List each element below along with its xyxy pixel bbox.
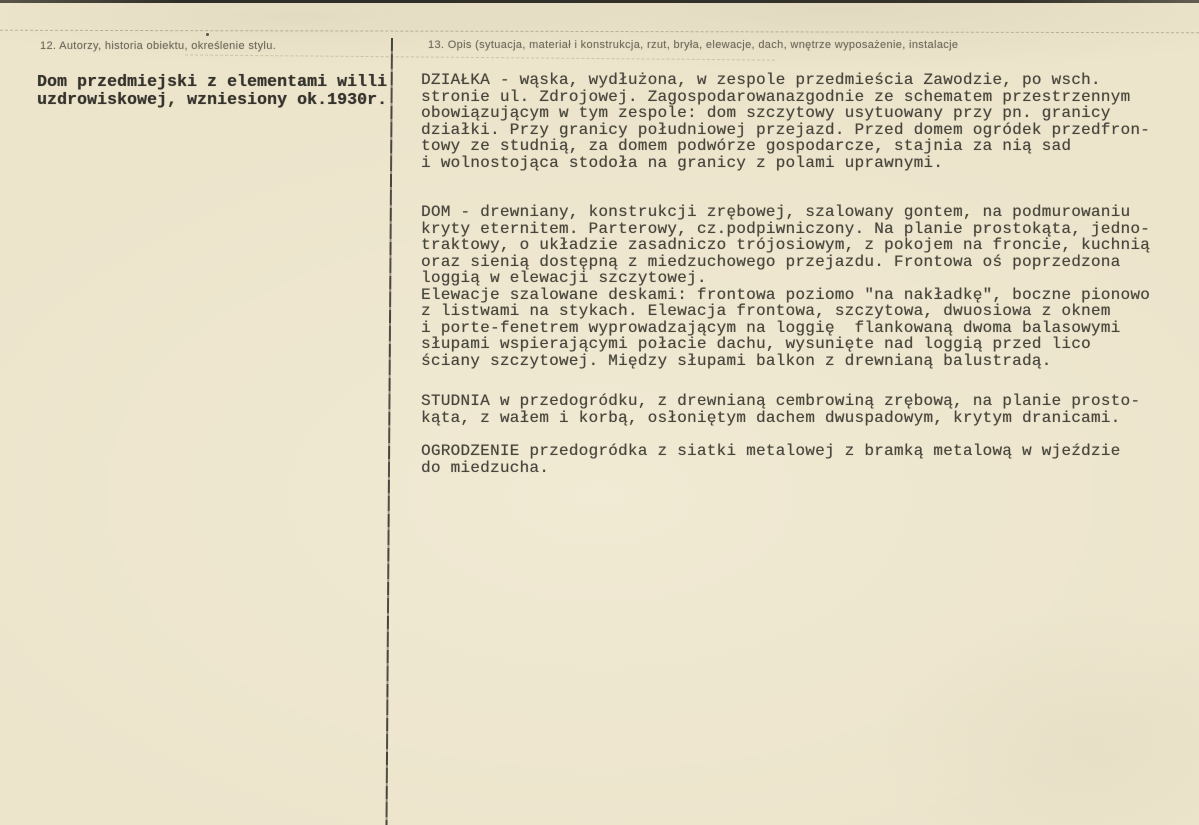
field-12-typed-text: Dom przedmiejski z elementami willi uzdr… (37, 73, 407, 109)
faint-horizontal-rule-2 (185, 54, 775, 60)
paragraph-studnia: STUDNIA w przedogródku, z drewnianą cemb… (421, 393, 1196, 426)
paragraph-ogrodzenie: OGRODZENIE przedogródka z siatki metalow… (421, 443, 1196, 476)
field-12-label: 12. Autorzy, historia obiektu, określeni… (40, 40, 276, 52)
paragraph-dom: DOM - drewniany, konstrukcji zrębowej, s… (421, 204, 1196, 369)
faint-horizontal-rule (0, 30, 1199, 34)
column-divider-line (386, 38, 393, 825)
field-13-label: 13. Opis (sytuacja, materiał i konstrukc… (428, 39, 958, 51)
ink-speck (206, 33, 209, 36)
scanned-document-page: 12. Autorzy, historia obiektu, określeni… (0, 0, 1199, 825)
paragraph-dzialka: DZIAŁKA - wąska, wydłużona, w zespole pr… (421, 72, 1196, 171)
top-edge-line (0, 0, 1199, 3)
